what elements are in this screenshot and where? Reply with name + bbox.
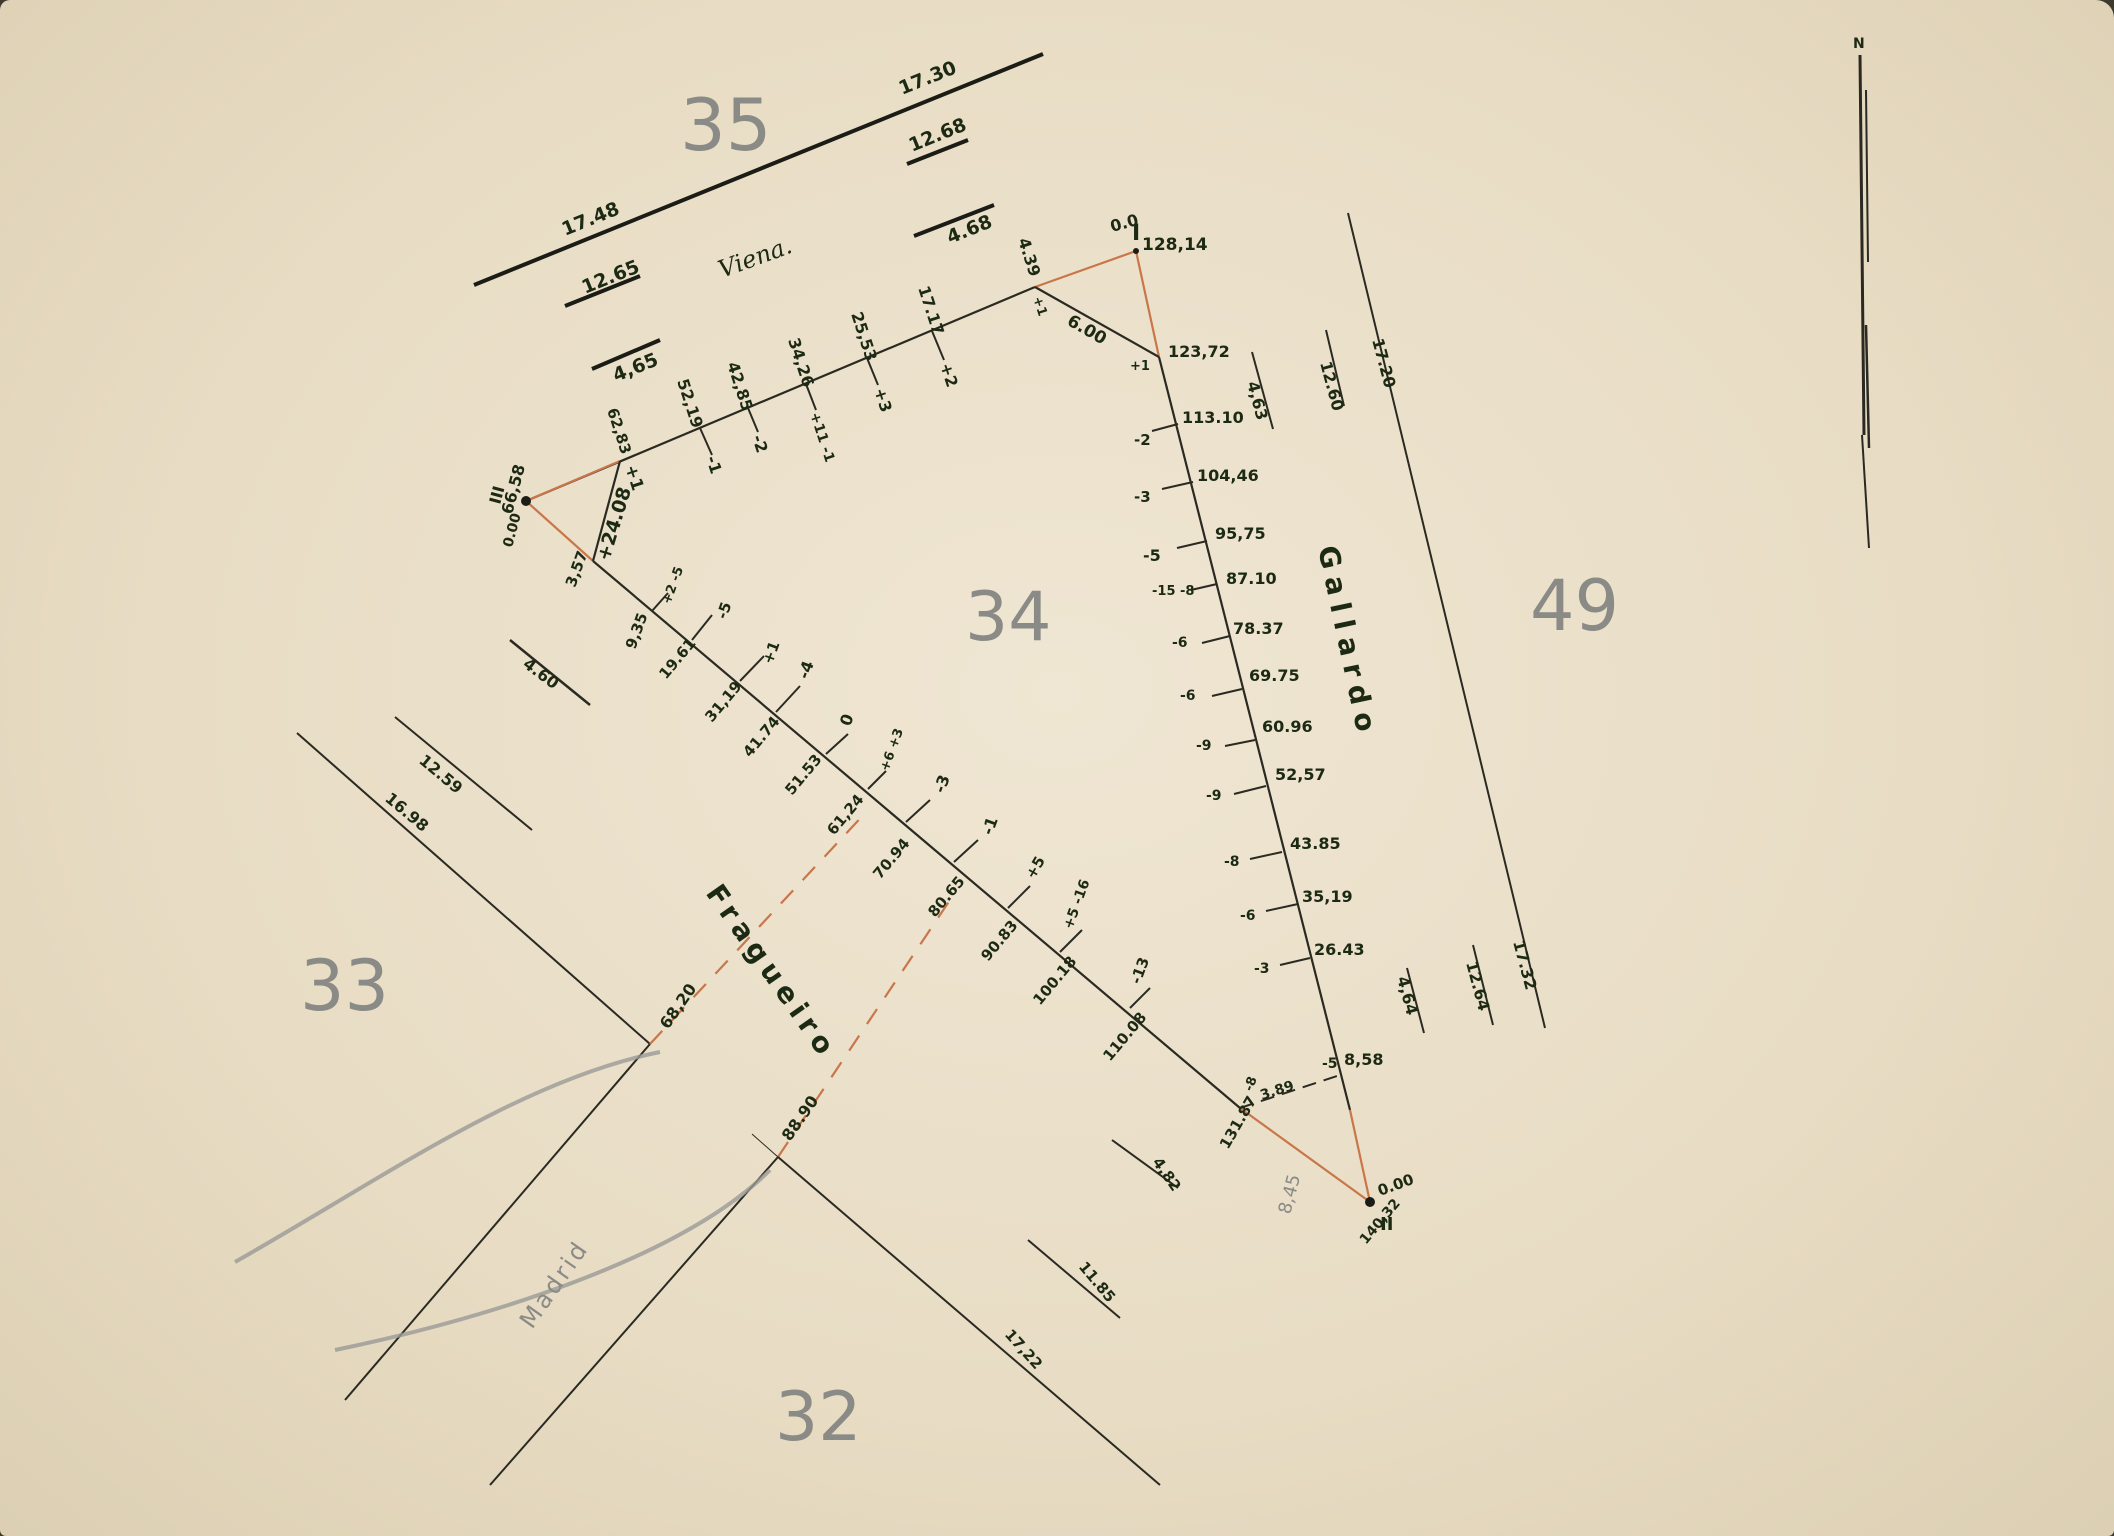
svg-text:-3: -3 bbox=[930, 772, 954, 795]
svg-text:100.18: 100.18 bbox=[1029, 953, 1080, 1009]
block-49: 49 bbox=[1530, 565, 1619, 647]
svg-text:9,35: 9,35 bbox=[622, 610, 652, 651]
svg-text:25,53: 25,53 bbox=[847, 309, 881, 363]
svg-text:12.65: 12.65 bbox=[579, 256, 643, 299]
survey-map: N 35 34 33 32 49 17.48 17.30 12.65 12.68… bbox=[0, 0, 2114, 1536]
svg-text:-3: -3 bbox=[1254, 961, 1270, 977]
street-label-gallardo: Gallardo bbox=[1311, 543, 1384, 743]
svg-text:+11 -1: +11 -1 bbox=[806, 410, 837, 464]
svg-text:42,85: 42,85 bbox=[723, 359, 757, 413]
svg-text:12.59: 12.59 bbox=[415, 751, 466, 798]
svg-text:35,19: 35,19 bbox=[1302, 887, 1353, 906]
block-35: 35 bbox=[680, 83, 772, 167]
svg-text:-9: -9 bbox=[1206, 788, 1222, 804]
gallardo-street: 4,63 12.60 17.20 4,64 12.64 17.32 Gallar… bbox=[1243, 213, 1545, 1033]
svg-text:+2: +2 bbox=[936, 360, 962, 389]
svg-text:-8: -8 bbox=[1242, 1075, 1261, 1094]
svg-text:4,63: 4,63 bbox=[1243, 379, 1272, 422]
svg-text:4,64: 4,64 bbox=[1393, 974, 1422, 1017]
svg-text:-2: -2 bbox=[748, 432, 772, 455]
svg-text:+24.08: +24.08 bbox=[593, 484, 636, 563]
svg-text:80.65: 80.65 bbox=[924, 873, 968, 921]
svg-text:0.00: 0.00 bbox=[1375, 1170, 1416, 1200]
svg-text:34,26: 34,26 bbox=[784, 335, 818, 389]
svg-text:4,65: 4,65 bbox=[610, 349, 662, 387]
svg-text:+6 +3: +6 +3 bbox=[878, 727, 907, 774]
svg-text:+1: +1 bbox=[759, 639, 784, 667]
svg-text:-1: -1 bbox=[702, 453, 726, 476]
svg-text:-5: -5 bbox=[1143, 546, 1161, 565]
svg-text:51.53: 51.53 bbox=[781, 751, 825, 799]
svg-text:62,83: 62,83 bbox=[603, 406, 635, 457]
madrid-street: 4,82 11.85 17,22 Madrid bbox=[235, 1052, 1185, 1373]
street-label-madrid: Madrid bbox=[514, 1235, 595, 1333]
vertex-II-marker bbox=[1365, 1197, 1375, 1207]
vertex-III-marker bbox=[521, 496, 531, 506]
svg-text:17.17: 17.17 bbox=[914, 283, 948, 337]
svg-text:12.60: 12.60 bbox=[1316, 359, 1347, 413]
svg-text:17.32: 17.32 bbox=[1509, 938, 1540, 992]
svg-text:43.85: 43.85 bbox=[1290, 834, 1341, 853]
svg-text:-1: -1 bbox=[978, 814, 1002, 837]
block-32: 32 bbox=[775, 1378, 862, 1457]
svg-text:-13: -13 bbox=[1127, 955, 1153, 987]
svg-text:0.00: 0.00 bbox=[500, 511, 524, 549]
svg-text:26.43: 26.43 bbox=[1314, 940, 1365, 959]
svg-text:+5: +5 bbox=[1022, 853, 1049, 882]
svg-text:-2: -2 bbox=[1134, 431, 1151, 449]
svg-text:128,14: 128,14 bbox=[1142, 235, 1208, 255]
vertex-II-label: II bbox=[1380, 1214, 1393, 1235]
svg-text:52,57: 52,57 bbox=[1275, 765, 1326, 784]
svg-text:90.83: 90.83 bbox=[977, 917, 1021, 965]
svg-text:41.74: 41.74 bbox=[739, 713, 783, 761]
block-33: 33 bbox=[300, 945, 389, 1027]
svg-text:3.89: 3.89 bbox=[1258, 1078, 1296, 1104]
svg-text:-5: -5 bbox=[713, 600, 736, 622]
svg-text:19.61: 19.61 bbox=[655, 635, 699, 683]
svg-text:0: 0 bbox=[836, 711, 858, 728]
svg-text:-5: -5 bbox=[1322, 1056, 1338, 1072]
svg-text:95,75: 95,75 bbox=[1215, 524, 1266, 543]
block-34: 34 bbox=[965, 578, 1052, 657]
svg-text:3,57: 3,57 bbox=[562, 548, 592, 589]
svg-text:-6: -6 bbox=[1172, 635, 1188, 651]
street-label-fragueiro: Fragueiro bbox=[699, 878, 844, 1065]
svg-text:12.64: 12.64 bbox=[1462, 959, 1493, 1013]
svg-text:52,19: 52,19 bbox=[673, 376, 707, 430]
svg-text:-4: -4 bbox=[794, 658, 818, 681]
svg-text:-9: -9 bbox=[1196, 738, 1212, 754]
svg-text:+3: +3 bbox=[870, 385, 896, 414]
svg-text:+5 -16: +5 -16 bbox=[1061, 877, 1094, 931]
svg-text:87.10: 87.10 bbox=[1226, 569, 1277, 588]
svg-text:8,58: 8,58 bbox=[1344, 1050, 1383, 1069]
svg-text:-6: -6 bbox=[1240, 908, 1256, 924]
svg-text:31,19: 31,19 bbox=[701, 678, 745, 726]
svg-text:61,24: 61,24 bbox=[823, 791, 867, 839]
svg-text:8,45: 8,45 bbox=[1275, 1172, 1306, 1216]
fragueiro-stations: 3,57 9,35 +2 -5 19.61 -5 31,19 +1 41.74 … bbox=[562, 548, 1305, 1216]
vertex-I-marker bbox=[1133, 248, 1139, 254]
svg-text:17.20: 17.20 bbox=[1368, 336, 1399, 390]
svg-text:68,20: 68,20 bbox=[656, 980, 701, 1032]
svg-text:123,72: 123,72 bbox=[1168, 342, 1230, 361]
svg-text:4.60: 4.60 bbox=[520, 654, 563, 693]
svg-text:-8: -8 bbox=[1224, 854, 1240, 870]
svg-text:60.96: 60.96 bbox=[1262, 717, 1313, 736]
svg-text:88.90: 88.90 bbox=[778, 1092, 823, 1144]
svg-text:78.37: 78.37 bbox=[1233, 619, 1284, 638]
svg-text:-3: -3 bbox=[1134, 488, 1151, 506]
svg-text:-6: -6 bbox=[1180, 688, 1196, 704]
svg-text:113.10: 113.10 bbox=[1182, 408, 1244, 427]
svg-text:+1: +1 bbox=[1130, 359, 1150, 374]
north-label: N bbox=[1853, 36, 1865, 52]
svg-text:17,22: 17,22 bbox=[1001, 1326, 1046, 1373]
svg-text:110.08: 110.08 bbox=[1099, 1009, 1150, 1065]
svg-text:+2 -5: +2 -5 bbox=[660, 565, 687, 607]
street-label-viena: Viena. bbox=[714, 231, 795, 283]
vertex-I-label: I bbox=[1132, 221, 1140, 246]
svg-text:-15 -8: -15 -8 bbox=[1152, 584, 1194, 599]
svg-text:104,46: 104,46 bbox=[1197, 466, 1259, 485]
north-arrow-icon: N bbox=[1853, 36, 1869, 548]
svg-text:131.87: 131.87 bbox=[1216, 1093, 1261, 1152]
svg-text:17.48: 17.48 bbox=[559, 198, 623, 241]
svg-text:4,82: 4,82 bbox=[1149, 1154, 1185, 1195]
svg-text:69.75: 69.75 bbox=[1249, 666, 1300, 685]
svg-text:+1: +1 bbox=[1029, 295, 1049, 319]
svg-text:70.94: 70.94 bbox=[869, 835, 913, 883]
svg-text:4.39: 4.39 bbox=[1014, 235, 1044, 278]
viena-stations: 62,83 +1 52,19 -1 42,85 -2 34,26 +11 -1 … bbox=[593, 235, 1110, 563]
